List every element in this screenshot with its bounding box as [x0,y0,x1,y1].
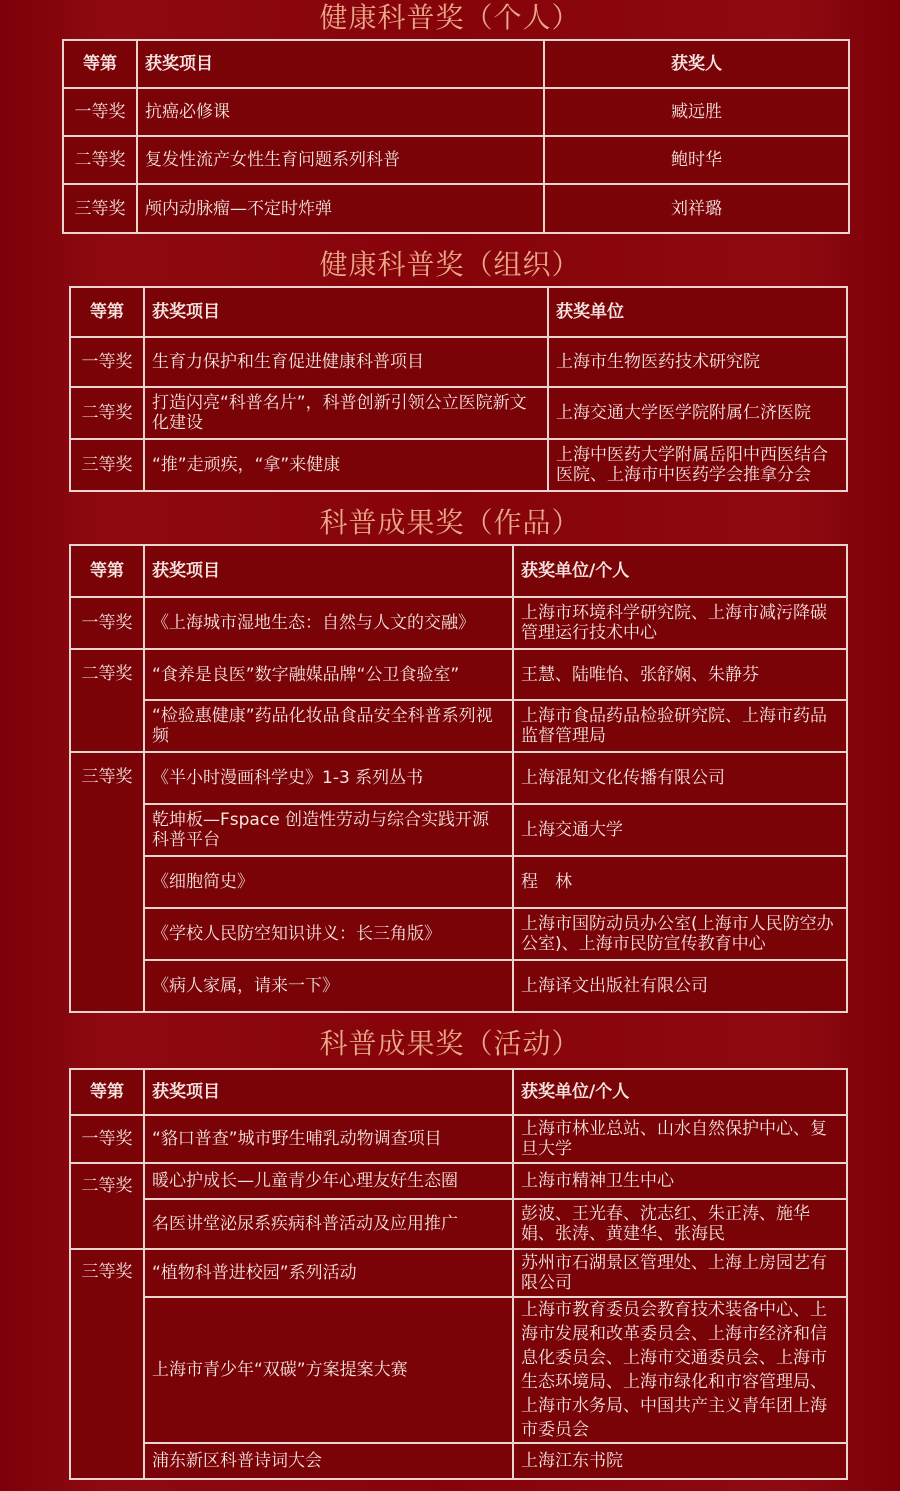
header-winner: 获奖单位/个人 [513,545,847,597]
project-cell: 抗癌必修课 [137,88,544,136]
project-cell: “推”走顽疾，“拿”来健康 [144,439,548,491]
grade-cell: 三等奖 [70,439,144,491]
section-title-achievement-activities: 科普成果奖（活动） [0,1026,900,1062]
grade-cell: 二等奖 [70,387,144,439]
table-row: 二等奖 “食养是良医”数字融媒品牌“公卫食验室” 王慧、陆唯怡、张舒娴、朱静芬 [70,649,847,700]
table-row: 上海市青少年“双碳”方案提案大赛 上海市教育委员会教育技术装备中心、上海市发展和… [70,1297,847,1443]
project-cell: “貉口普查”城市野生哺乳动物调查项目 [144,1115,513,1163]
winner-cell: 上海市食品药品检验研究院、上海市药品监督管理局 [513,700,847,752]
project-cell: 生育力保护和生育促进健康科普项目 [144,337,548,387]
winner-cell: 上海市教育委员会教育技术装备中心、上海市发展和改革委员会、上海市经济和信息化委员… [513,1297,847,1443]
table-row: 一等奖 生育力保护和生育促进健康科普项目 上海市生物医药技术研究院 [70,337,847,387]
grade-cell: 三等奖 [70,752,144,1012]
winner-cell: 苏州市石湖景区管理处、上海上房园艺有限公司 [513,1249,847,1297]
project-cell: “植物科普进校园”系列活动 [144,1249,513,1297]
grade-cell: 二等奖 [63,136,137,184]
winner-cell: 上海市精神卫生中心 [513,1163,847,1199]
table-row: 《病人家属，请来一下》 上海译文出版社有限公司 [70,960,847,1012]
winner-cell: 上海译文出版社有限公司 [513,960,847,1012]
header-project: 获奖项目 [144,545,513,597]
header-grade: 等第 [70,545,144,597]
table-row: 一等奖 “貉口普查”城市野生哺乳动物调查项目 上海市林业总站、山水自然保护中心、… [70,1115,847,1163]
grade-cell: 二等奖 [70,649,144,752]
winner-cell: 程 林 [513,856,847,908]
winner-cell: 上海中医药大学附属岳阳中西医结合医院、上海市中医药学会推拿分会 [548,439,847,491]
header-grade: 等第 [70,1069,144,1115]
winner-cell: 臧远胜 [544,88,849,136]
project-cell: 复发性流产女性生育问题系列科普 [137,136,544,184]
table-header-row: 等第 获奖项目 获奖单位/个人 [70,1069,847,1115]
section-title-health-organization: 健康科普奖（组织） [0,247,900,283]
winner-cell: 上海江东书院 [513,1443,847,1479]
project-cell: 颅内动脉瘤—不定时炸弹 [137,184,544,233]
table-row: 三等奖 “推”走顽疾，“拿”来健康 上海中医药大学附属岳阳中西医结合医院、上海市… [70,439,847,491]
winner-cell: 刘祥璐 [544,184,849,233]
table-row: 乾坤板—Fspace 创造性劳动与综合实践开源科普平台 上海交通大学 [70,804,847,856]
winner-cell: 上海市国防动员办公室(上海市人民防空办公室)、上海市民防宣传教育中心 [513,908,847,960]
table-row: 二等奖 暖心护成长—儿童青少年心理友好生态圈 上海市精神卫生中心 [70,1163,847,1199]
project-cell: 名医讲堂泌尿系疾病科普活动及应用推广 [144,1199,513,1249]
header-grade: 等第 [63,40,137,88]
grade-cell: 一等奖 [70,597,144,649]
table-health-organization: 等第 获奖项目 获奖单位 一等奖 生育力保护和生育促进健康科普项目 上海市生物医… [69,286,848,492]
grade-cell: 三等奖 [70,1249,144,1479]
table-row: 三等奖 《半小时漫画科学史》1-3 系列丛书 上海混知文化传播有限公司 [70,752,847,804]
table-row: 浦东新区科普诗词大会 上海江东书院 [70,1443,847,1479]
project-cell: 打造闪亮“科普名片”，科普创新引领公立医院新文化建设 [144,387,548,439]
winner-cell: 上海市生物医药技术研究院 [548,337,847,387]
section-title-health-individual: 健康科普奖（个人） [0,0,900,36]
table-row: 三等奖 “植物科普进校园”系列活动 苏州市石湖景区管理处、上海上房园艺有限公司 [70,1249,847,1297]
project-cell: “食养是良医”数字融媒品牌“公卫食验室” [144,649,513,700]
winner-cell: 上海市林业总站、山水自然保护中心、复旦大学 [513,1115,847,1163]
table-header-row: 等第 获奖项目 获奖人 [63,40,849,88]
winner-cell: 上海交通大学 [513,804,847,856]
table-row: “检验惠健康”药品化妆品食品安全科普系列视频 上海市食品药品检验研究院、上海市药… [70,700,847,752]
table-row: 一等奖 抗癌必修课 臧远胜 [63,88,849,136]
table-achievement-activities: 等第 获奖项目 获奖单位/个人 一等奖 “貉口普查”城市野生哺乳动物调查项目 上… [69,1068,848,1480]
table-health-individual: 等第 获奖项目 获奖人 一等奖 抗癌必修课 臧远胜 二等奖 复发性流产女性生育问… [62,39,850,234]
grade-cell: 一等奖 [70,1115,144,1163]
grade-cell: 一等奖 [70,337,144,387]
table-row: 名医讲堂泌尿系疾病科普活动及应用推广 彭波、王光春、沈志红、朱正涛、施华娟、张涛… [70,1199,847,1249]
project-cell: 《病人家属，请来一下》 [144,960,513,1012]
table-row: 三等奖 颅内动脉瘤—不定时炸弹 刘祥璐 [63,184,849,233]
table-row: 《学校人民防空知识讲义：长三角版》 上海市国防动员办公室(上海市人民防空办公室)… [70,908,847,960]
header-winner: 获奖单位 [548,287,847,337]
winner-cell: 王慧、陆唯怡、张舒娴、朱静芬 [513,649,847,700]
project-cell: 《细胞简史》 [144,856,513,908]
winner-cell: 上海市环境科学研究院、上海市减污降碳管理运行技术中心 [513,597,847,649]
table-row: 一等奖 《上海城市湿地生态：自然与人文的交融》 上海市环境科学研究院、上海市减污… [70,597,847,649]
table-row: 《细胞简史》 程 林 [70,856,847,908]
project-cell: 《上海城市湿地生态：自然与人文的交融》 [144,597,513,649]
winner-cell: 上海交通大学医学院附属仁济医院 [548,387,847,439]
table-row: 二等奖 打造闪亮“科普名片”，科普创新引领公立医院新文化建设 上海交通大学医学院… [70,387,847,439]
project-cell: 乾坤板—Fspace 创造性劳动与综合实践开源科普平台 [144,804,513,856]
table-achievement-works: 等第 获奖项目 获奖单位/个人 一等奖 《上海城市湿地生态：自然与人文的交融》 … [69,544,848,1013]
project-cell: “检验惠健康”药品化妆品食品安全科普系列视频 [144,700,513,752]
table-header-row: 等第 获奖项目 获奖单位/个人 [70,545,847,597]
header-grade: 等第 [70,287,144,337]
project-cell: 《学校人民防空知识讲义：长三角版》 [144,908,513,960]
header-project: 获奖项目 [144,1069,513,1115]
grade-cell: 一等奖 [63,88,137,136]
header-project: 获奖项目 [137,40,544,88]
winner-cell: 鲍时华 [544,136,849,184]
project-cell: 浦东新区科普诗词大会 [144,1443,513,1479]
header-project: 获奖项目 [144,287,548,337]
table-row: 二等奖 复发性流产女性生育问题系列科普 鲍时华 [63,136,849,184]
grade-cell: 三等奖 [63,184,137,233]
winner-cell: 上海混知文化传播有限公司 [513,752,847,804]
project-cell: 《半小时漫画科学史》1-3 系列丛书 [144,752,513,804]
header-winner: 获奖人 [544,40,849,88]
table-header-row: 等第 获奖项目 获奖单位 [70,287,847,337]
project-cell: 上海市青少年“双碳”方案提案大赛 [144,1297,513,1443]
winner-cell: 彭波、王光春、沈志红、朱正涛、施华娟、张涛、黄建华、张海民 [513,1199,847,1249]
header-winner: 获奖单位/个人 [513,1069,847,1115]
grade-cell: 二等奖 [70,1163,144,1249]
project-cell: 暖心护成长—儿童青少年心理友好生态圈 [144,1163,513,1199]
section-title-achievement-works: 科普成果奖（作品） [0,505,900,541]
